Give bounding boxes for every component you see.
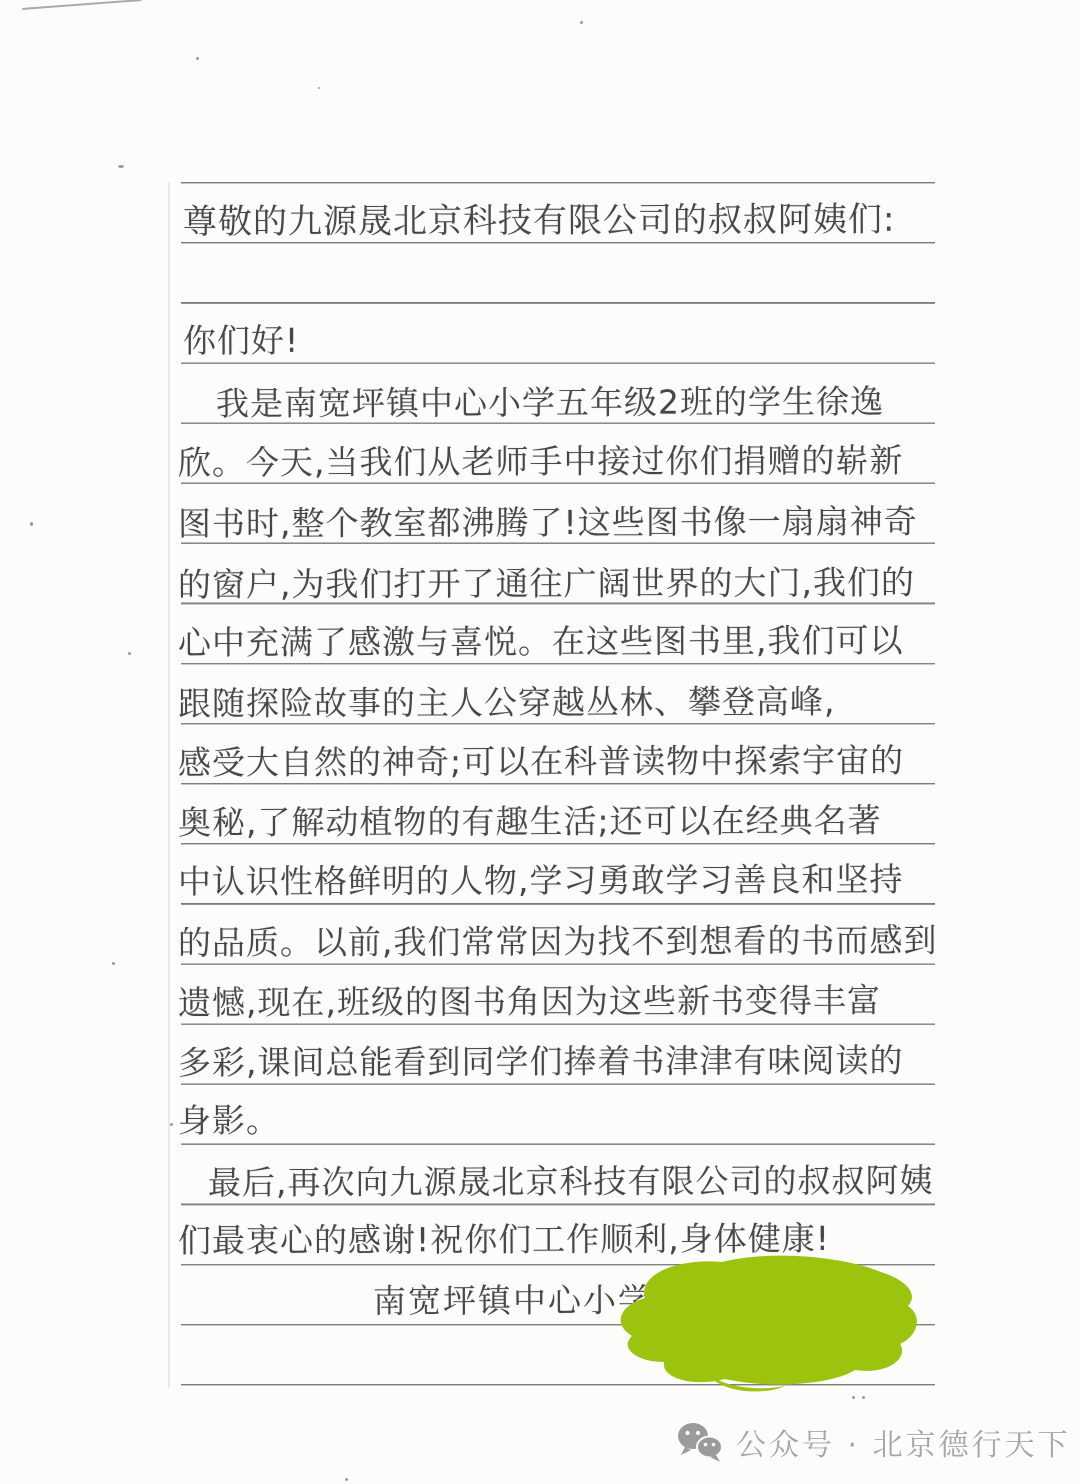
margin-fold-line <box>168 182 170 1388</box>
watermark: 公众号 · 北京德行天下 <box>676 1420 1071 1464</box>
letter-body-line: 欣。今天,当我们从老师手中接过你们捐赠的崭新 <box>178 437 904 488</box>
redaction-scribble <box>600 1248 930 1398</box>
scan-speck <box>128 652 131 655</box>
scan-speck <box>30 522 33 526</box>
scan-speck <box>318 87 320 89</box>
scan-speck <box>112 962 115 965</box>
scan-speck <box>170 1123 173 1126</box>
letter-body-line: 心中充满了感激与喜悦。在这些图书里,我们可以 <box>178 617 904 668</box>
letter-salutation: 尊敬的九源晟北京科技有限公司的叔叔阿姨们: <box>183 196 896 246</box>
letter-body-line: 的品质。以前,我们常常因为找不到想看的书而感到 <box>178 917 938 968</box>
letter-body-line: 跟随探险故事的主人公穿越丛林、攀登高峰, <box>178 678 836 728</box>
letter-body-line: 中认识性格鲜明的人物,学习勇敢学习善良和坚持 <box>178 856 904 907</box>
letter-closing-line: 最后,再次向九源晟北京科技有限公司的叔叔阿姨 <box>208 1157 934 1208</box>
watermark-text: 公众号 · 北京德行天下 <box>736 1420 1071 1464</box>
scan-speck <box>196 57 199 60</box>
letter-greeting: 你们好! <box>183 317 299 365</box>
letter-body-line: 感受大自然的神奇;可以在科普读物中探索宇宙的 <box>178 737 904 788</box>
letter-body-line: 多彩,课间总能看到同学们捧着书津津有味阅读的 <box>178 1037 904 1088</box>
letter-body-line: 遗憾,现在,班级的图书角因为这些新书变得丰富 <box>178 977 881 1027</box>
letter-body-line: 图书时,整个教室都沸腾了!这些图书像一扇扇神奇 <box>178 498 918 549</box>
letter-body-line: 的窗户,为我们打开了通往广阔世界的大门,我们的 <box>178 559 915 610</box>
redaction-blob-shape <box>621 1256 917 1385</box>
letter-body-line: 身影。 <box>178 1097 280 1145</box>
wechat-icon <box>676 1421 724 1463</box>
letter-body-line: 我是南宽坪镇中心小学五年级2班的学生徐逸 <box>216 378 884 428</box>
scan-speck <box>118 165 124 168</box>
scan-edge-artifact <box>22 0 142 10</box>
letter-body-line: 奥秘,了解动植物的有趣生活;还可以在经典名著 <box>178 797 882 847</box>
scan-speck <box>862 1396 865 1399</box>
scanned-letter-page: 尊敬的九源晟北京科技有限公司的叔叔阿姨们: 你们好! 我是南宽坪镇中心小学五年级… <box>0 0 1080 1484</box>
scan-speck <box>852 1396 855 1399</box>
scan-speck <box>580 21 583 24</box>
scan-speck <box>345 1478 348 1481</box>
